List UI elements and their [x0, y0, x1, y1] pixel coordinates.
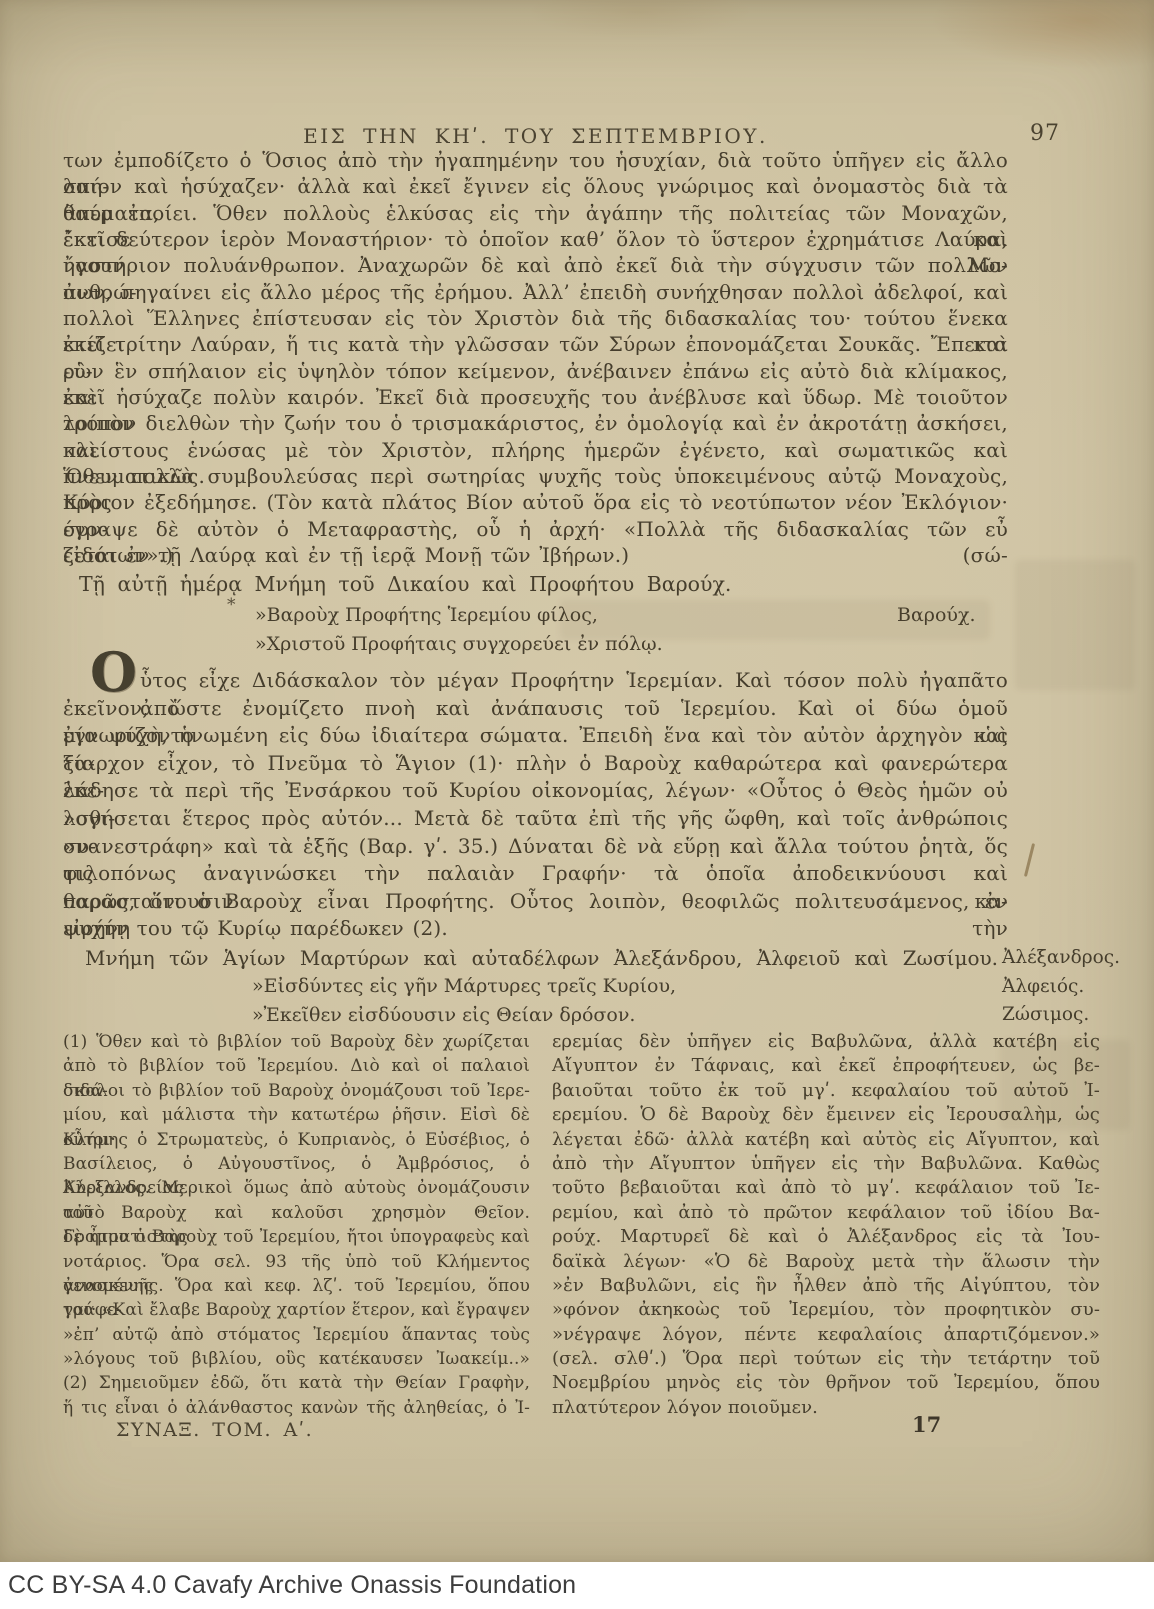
footnote-column-left: (1) Ὅθεν καὶ τὸ βιβλίον τοῦ Βαροὺχ δὲν χ…	[63, 1030, 530, 1420]
text-line: ρεμίου, καὶ ἀπὸ τὸ πρῶτον κεφάλαιον τοῦ …	[552, 1201, 1100, 1225]
page-number: 97	[1030, 121, 1060, 146]
text-line: (1) Ὅθεν καὶ τὸ βιβλίον τοῦ Βαροὺχ δὲν χ…	[63, 1030, 530, 1054]
text-line: φιλοπόνως ἀναγινώσκει τὴν παλαιὰν Γραφήν…	[63, 860, 1008, 888]
text-line: λαιον καὶ ἡσύχαζεν· ἀλλὰ καὶ ἐκεῖ ἔγινεν…	[63, 173, 1008, 199]
text-line: μίου, καὶ μάλιστα τὴν κατωτέρω ῥῆσιν. Εἰ…	[63, 1103, 530, 1127]
license-caption: CC BY-SA 4.0 Cavafy Archive Onassis Foun…	[8, 1571, 576, 1600]
text-line: έγραψε δὲ αὐτὸν ὁ Μεταφραστὴς, οὗ ἡ ἀρχή…	[63, 516, 1008, 542]
martyrs-commemoration-line: Μνήμη τῶν Ἁγίων Μαρτύρων καὶ αὐταδέλφων …	[63, 946, 1030, 970]
pen-mark-artifact	[1024, 843, 1035, 877]
body-paragraph-2: Ο ὗτος εἶχε Διδάσκαλον τὸν μέγαν Προφήτη…	[63, 667, 1008, 943]
text-line: Βασίλειος, ὁ Αὐγουστῖνος, ὁ Ἀμβρόσιος, ὁ…	[63, 1152, 530, 1176]
text-line: μία ψυχὴ, ἡνωμένη εἰς δύω ἰδιαίτερα σώμα…	[63, 722, 1008, 750]
text-line: δὲ ἦτον ὁ Βαροὺχ τοῦ Ἰερεμίου, ἤτοι ὑπογ…	[63, 1225, 530, 1249]
text-line: »σθήσεται ἕτερος πρὸς αὐτόν... Μετὰ δὲ τ…	[63, 805, 1008, 833]
text-line: πολλοὶ Ἕλληνες ἐπίστευσαν εἰς τὸν Χριστὸ…	[63, 305, 1008, 331]
text-line: σκαλοι τὸ βιβλίον τοῦ Βαροὺχ ὀνομάζουσι …	[63, 1079, 530, 1103]
scanned-book-page: ΕΙΣ ΤΗΝ ΚΗʹ. ΤΟΥ ΣΕΠΤΕΜΒΡΙΟΥ. 97 των ἐμπ…	[0, 0, 1154, 1562]
text-line: ἀπὸ τὴν Αἴγυπτον ὑπῆγεν εἰς τὴν Βαβυλῶνα…	[552, 1152, 1100, 1176]
text-line: ἐκεῖ τρίτην Λαύραν, ἥ τις κατὰ τὴν γλῶσσ…	[63, 331, 1008, 357]
body-paragraph-1: των ἐμποδίζετο ὁ Ὅσιος ἀπὸ τὴν ἠγαπημένη…	[63, 147, 1008, 569]
text-line: Νοεμβρίου μηνὸς εἰς τὸν θρῆνον τοῦ Ἰερεμ…	[552, 1371, 1100, 1395]
margin-notes-martyr-names: Ἀλέξανδρος. Ἀλφειός. Ζώσιμος.	[1002, 944, 1120, 1030]
text-line: λέγεται ἐδῶ· ἀλλὰ κατέβη καὶ αὐτὸς εἰς Α…	[552, 1128, 1100, 1152]
text-line: ξίαρχον εἶχον, τὸ Πνεῦμα τὸ Ἅγιον (1)· π…	[63, 750, 1008, 778]
text-line: ναστήριον πολυάνθρωπον. Ἀναχωρῶν δὲ καὶ …	[63, 252, 1008, 278]
text-line: λάδησε τὰ περὶ τῆς Ἐνσάρκου τοῦ Κυρίου ο…	[63, 777, 1008, 805]
text-line: τρόπον διελθὼν τὴν ζωήν του ὁ τρισμακάρι…	[63, 410, 1008, 436]
verse-line: »Εἰσδύντες εἰς γῆν Μάρτυρες τρεῖς Κυρίου…	[252, 972, 676, 1001]
text-line: Κύριον ἐξεδήμησε. (Τὸν κατὰ πλάτος Βίον …	[63, 489, 1008, 515]
text-line: »φόνον ἀκηκοὼς τοῦ Ἰερεμίου, τὸν προφητι…	[552, 1298, 1100, 1322]
text-line: ται· «Καὶ ἔλαβε Βαροὺχ χαρτίον ἕτερον, κ…	[63, 1298, 530, 1322]
text-line: πλείστους ἑνώσας μὲ τὸν Χριστὸν, πλήρης …	[63, 437, 1008, 463]
text-line: πλατύτερον λόγον ποιοῦμεν.	[552, 1396, 1100, 1420]
text-line: ἀπὸ τὸ βιβλίον τοῦ Ἰερεμίου. Διὸ καὶ οἱ …	[63, 1054, 530, 1078]
text-line: ὗτος εἶχε Διδάσκαλον τὸν μέγαν Προφήτην …	[63, 667, 1008, 695]
text-line: »ἐπ’ αὐτῷ ἀπὸ στόματος Ἰερεμίου ἅπαντας …	[63, 1323, 530, 1347]
paragraph-2-lines: ἐκεῖνον, ὥστε ἐνομίζετο πνοὴ καὶ ἀνάπαυσ…	[63, 695, 1008, 943]
volume-signature: ΣΥΝΑΞ. ΤΟΜ. Αʹ.	[116, 1419, 313, 1441]
text-line: (2) Σημειοῦμεν ἐδῶ, ὅτι κατὰ τὴν Θείαν Γ…	[63, 1371, 530, 1395]
text-line: »νανεστράφη» καὶ τὰ ἑξῆς (Βαρ. γʹ. 35.) …	[63, 833, 1008, 861]
page-header-title: ΕΙΣ ΤΗΝ ΚΗʹ. ΤΟΥ ΣΕΠΤΕΜΒΡΙΟΥ.	[63, 124, 1008, 148]
margin-note: Ζώσιμος.	[1002, 1001, 1120, 1030]
text-line: (σελ. σλθʹ.) Ὅρα περὶ τούτων εἰς τὴν τετ…	[552, 1347, 1100, 1371]
margin-note: Ἀλέξανδρος.	[1002, 944, 1120, 973]
text-line: »ἐν Βαβυλῶνι, εἰς ἣν ἦλθεν ἀπὸ τῆς Αἰγύπ…	[552, 1274, 1100, 1298]
text-line: τοῦτο βεβαιοῦται καὶ ἀπὸ τὸ μγʹ. κεφάλαι…	[552, 1176, 1100, 1200]
day-commemoration-heading: Τῇ αὐτῇ ἡμέρᾳ Μνήμη τοῦ Δικαίου καὶ Προφ…	[63, 572, 1024, 596]
asterisk-mark: *	[227, 595, 236, 615]
text-line: »νέγραψε λόγον, πέντε κεφαλαίοις ἀπαρτιζ…	[552, 1323, 1100, 1347]
text-line: ρὼν ἓν σπήλαιον εἰς ὑψηλὸν τόπον κείμενο…	[63, 358, 1008, 384]
margin-note: Ἀλφειός.	[1002, 973, 1120, 1002]
show-through-ghost-text	[560, 600, 990, 640]
sheet-number: 17	[912, 1412, 941, 1437]
verse-couplet-martyrs: »Εἰσδύντες εἰς γῆν Μάρτυρες τρεῖς Κυρίου…	[252, 972, 676, 1029]
text-line: Ὅθεν πολλὰ συμβουλεύσας περὶ σωτηρίας ψυ…	[63, 463, 1008, 489]
text-line: Κύριλλος. Μερικοὶ ὅμως ἀπὸ αὐτοὺς ὀνομάζ…	[63, 1176, 530, 1200]
text-line: πων, πηγαίνει εἰς ἄλλο μέρος τῆς ἐρήμου.…	[63, 279, 1008, 305]
text-line: ἀνασκευῆς. Ὅρα καὶ κεφ. λζʹ. τοῦ Ἰερεμίο…	[63, 1274, 530, 1298]
show-through-ghost-text	[1015, 560, 1135, 690]
text-line: τοῦ Βαροὺχ καὶ καλοῦσι χρησμὸν Θεῖον. Γρ…	[63, 1201, 530, 1225]
text-line: ἐκεῖ δεύτερον ἱερὸν Μοναστήριον· τὸ ὁποῖ…	[63, 226, 1008, 252]
text-line: Κλήμης ὁ Στρωματεὺς, ὁ Κυπριανὸς, ὁ Εὐσέ…	[63, 1128, 530, 1152]
text-line: ἐκεῖ ἡσύχαζε πολὺν καιρόν. Ἐκεῖ διὰ προσ…	[63, 384, 1008, 410]
text-line: ἐκεῖνον, ὥστε ἐνομίζετο πνοὴ καὶ ἀνάπαυσ…	[63, 695, 1008, 723]
text-line: ἅπερ ἐποίει. Ὅθεν πολλοὺς ἑλκύσας εἰς τὴ…	[63, 200, 1008, 226]
text-line: »λόγους τοῦ βιβλίου, οὓς κατέκαυσεν Ἰωακ…	[63, 1347, 530, 1371]
verse-line: »Ἐκεῖθεν εἰσδύουσιν εἰς Θείαν δρόσον.	[252, 1001, 676, 1030]
text-line: θαρῶς, ὅτι ὁ Βαροὺχ εἶναι Προφήτης. Οὗτο…	[63, 888, 1008, 916]
text-line: νοτάριος. Ὅρα σελ. 93 τῆς ὑπὸ τοῦ Κλήμεν…	[63, 1250, 530, 1274]
show-through-ghost-text	[1000, 1040, 1130, 1130]
text-line: ἥ τις εἶναι ὁ ἀλάνθαστος κανὼν τῆς ἀληθε…	[63, 1396, 530, 1420]
text-line: δαϊκὰ λέγων· «Ὁ δὲ Βαροὺχ μετὰ τὴν ἅλωσι…	[552, 1250, 1100, 1274]
text-line: ρούχ. Μαρτυρεῖ δὲ καὶ ὁ Ἀλέξανδρος εἰς τ…	[552, 1225, 1100, 1249]
caption-strip: CC BY-SA 4.0 Cavafy Archive Onassis Foun…	[0, 1562, 1154, 1609]
text-line: των ἐμποδίζετο ὁ Ὅσιος ἀπὸ τὴν ἠγαπημένη…	[63, 147, 1008, 173]
drop-cap-initial: Ο	[90, 650, 137, 694]
